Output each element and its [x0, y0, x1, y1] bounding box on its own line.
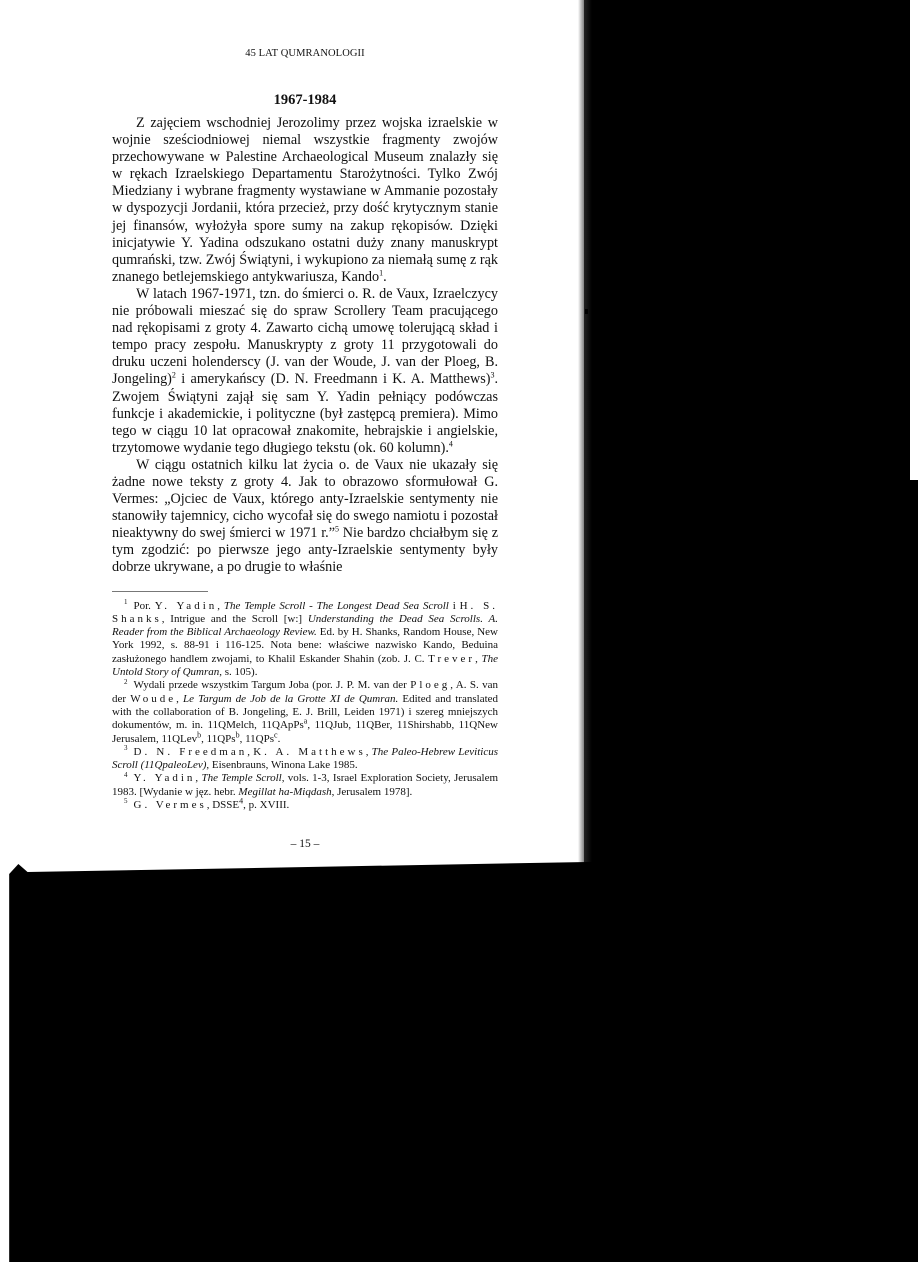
author-name: G. Vermes: [134, 799, 207, 811]
italic-title: The Temple Scroll,: [201, 772, 284, 784]
footnote: 3D. N. Freedman, K. A. Matthews, The Pal…: [112, 746, 498, 773]
footnote-number: 4: [124, 771, 128, 779]
author-name: Ploeg: [410, 679, 450, 691]
footnotes: 1Por. Y. Yadin, The Temple Scroll - The …: [112, 600, 498, 813]
book-page: 45 LAT QUMRANOLOGII 1967-1984 Z zajęciem…: [112, 48, 498, 850]
paragraph: Z zajęciem wschodniej Jerozolimy przez w…: [112, 115, 498, 286]
footnote: 4Y. Yadin, The Temple Scroll, vols. 1-3,…: [112, 772, 498, 799]
footnote-reference[interactable]: 5: [335, 525, 339, 534]
footnote-number: 5: [124, 797, 128, 805]
footnote-number: 1: [124, 598, 128, 606]
footnote-reference[interactable]: b: [197, 730, 201, 739]
paragraph: W latach 1967-1971, tzn. do śmierci o. R…: [112, 286, 498, 457]
scan-margin-strip: [910, 0, 918, 480]
section-title: 1967-1984: [112, 92, 498, 109]
footnote-number: 2: [124, 678, 128, 686]
scan-dark-background-bottom: [0, 862, 918, 1262]
author-name: Trever: [428, 653, 475, 665]
author-name: Woude: [130, 693, 176, 705]
italic-title: The Temple Scroll - The Longest Dead Sea…: [224, 600, 449, 612]
italic-title: Megillat ha-Miqdash: [238, 786, 331, 798]
author-name: Y. Yadin: [155, 600, 218, 612]
footnote: 2Wydali przede wszystkim Targum Joba (po…: [112, 679, 498, 745]
author-name: Y. Yadin: [134, 772, 196, 784]
footnote-reference[interactable]: b: [236, 730, 240, 739]
footnote: 5G. Vermes, DSSE4, p. XVIII.: [112, 799, 498, 812]
page-edge-shadow: [578, 0, 592, 868]
footnote-reference[interactable]: c: [274, 730, 278, 739]
footnote: 1Por. Y. Yadin, The Temple Scroll - The …: [112, 600, 498, 680]
footnote-reference[interactable]: 4: [449, 439, 453, 448]
footnote-reference[interactable]: 4: [239, 796, 243, 805]
footnote-number: 3: [124, 744, 128, 752]
footnote-reference[interactable]: 2: [172, 371, 176, 380]
footnote-reference[interactable]: 1: [379, 268, 383, 277]
footnote-separator: [112, 591, 208, 592]
footnote-reference[interactable]: a: [304, 717, 308, 726]
author-name: K. A. Matthews: [253, 746, 366, 758]
footnote-reference[interactable]: 3: [490, 371, 494, 380]
running-head: 45 LAT QUMRANOLOGII: [112, 48, 498, 59]
scan-speck: [585, 309, 588, 314]
body-text: Z zajęciem wschodniej Jerozolimy przez w…: [112, 115, 498, 577]
paragraph: W ciągu ostatnich kilku lat życia o. de …: [112, 457, 498, 577]
italic-title: Le Targum de Job de la Grotte XI de Qumr…: [183, 693, 398, 705]
page-number: – 15 –: [112, 838, 498, 850]
author-name: D. N. Freedman: [134, 746, 248, 758]
italic-title: Understanding the Dead Sea Scrolls. A. R…: [112, 613, 498, 638]
